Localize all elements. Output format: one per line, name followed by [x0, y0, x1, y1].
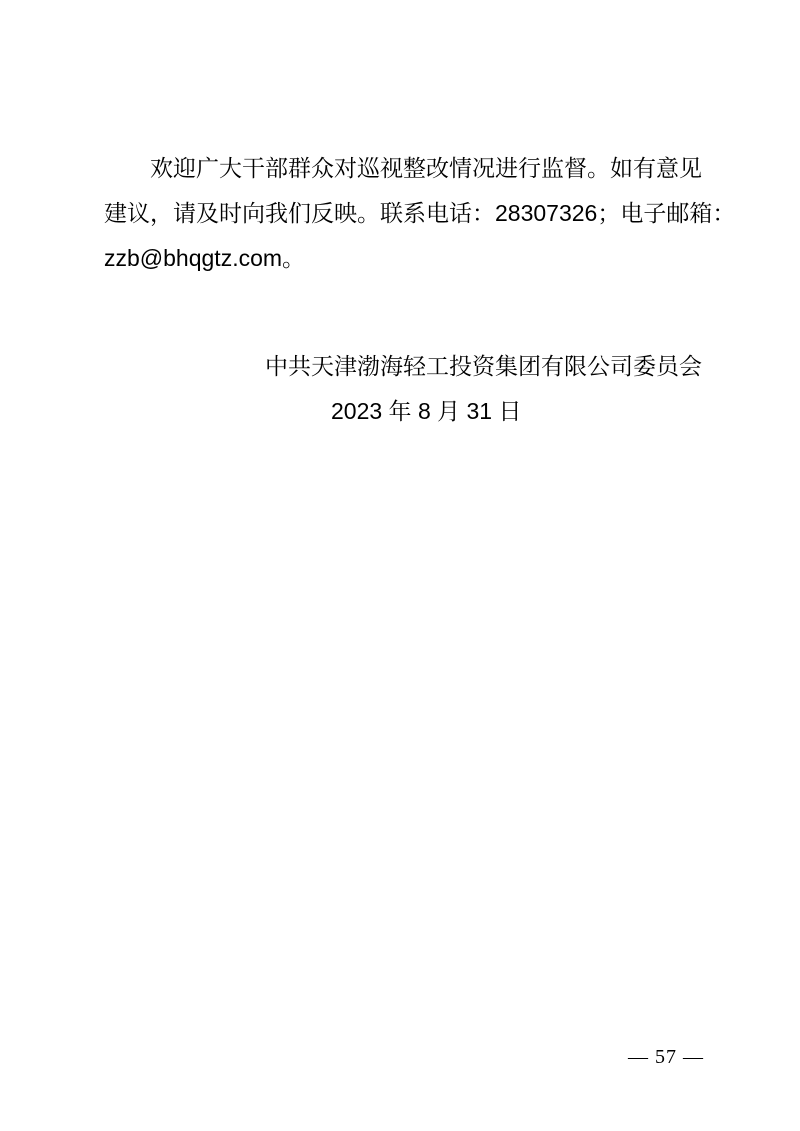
- page-number: — 57 —: [628, 1044, 704, 1070]
- document-page: 欢迎广大干部群众对巡视整改情况进行监督。如有意见 建议，请及时向我们反映。联系电…: [0, 0, 800, 1131]
- paragraph-line-3: zzb@bhqgtz.com。: [104, 236, 704, 281]
- paragraph-line-2: 建议，请及时向我们反映。联系电话：28307326；电子邮箱：: [104, 191, 704, 236]
- paragraph-line-1: 欢迎广大干部群众对巡视整改情况进行监督。如有意见: [104, 146, 704, 191]
- body-paragraph: 欢迎广大干部群众对巡视整改情况进行监督。如有意见 建议，请及时向我们反映。联系电…: [104, 146, 704, 281]
- date-line: 2023 年 8 月 31 日: [331, 389, 522, 434]
- signature-line: 中共天津渤海轻工投资集团有限公司委员会: [265, 344, 702, 389]
